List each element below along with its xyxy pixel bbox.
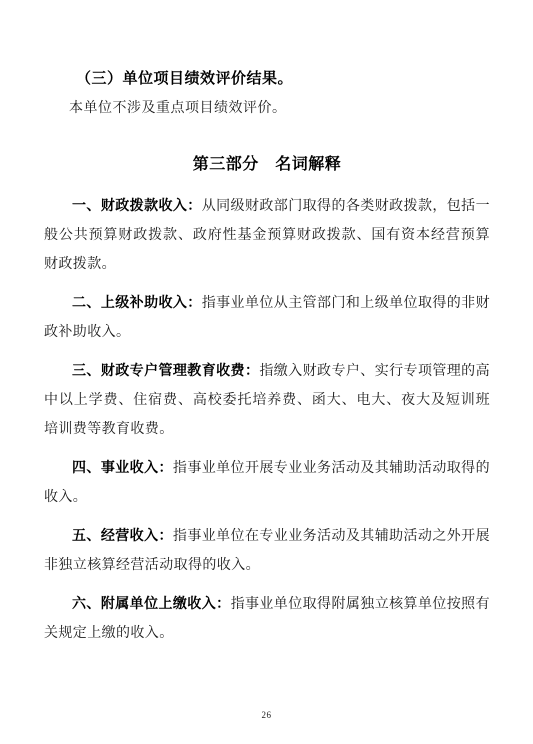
section-title: 第三部分 名词解释 [44,150,490,180]
term-lead-3: 三、财政专户管理教育收费： [72,364,259,379]
term-paragraph-5: 五、经营收入：指事业单位在专业业务活动及其辅助活动之外开展非独立核算经营活动取得… [44,522,490,580]
page-content: （三）单位项目绩效评价结果。 本单位不涉及重点项目绩效评价。 第三部分 名词解释… [44,0,490,658]
term-lead-1: 一、财政拨款收入： [72,199,202,214]
term-lead-5: 五、经营收入： [72,529,173,544]
document-page: （三）单位项目绩效评价结果。 本单位不涉及重点项目绩效评价。 第三部分 名词解释… [0,0,533,744]
term-paragraph-4: 四、事业收入：指事业单位开展专业业务活动及其辅助活动取得的收入。 [44,454,490,512]
term-lead-2: 二、上级补助收入： [72,296,202,311]
subsection-body-text: 本单位不涉及重点项目绩效评价。 [44,94,490,123]
term-paragraph-2: 二、上级补助收入：指事业单位从主管部门和上级单位取得的非财政补助收入。 [44,289,490,347]
term-paragraph-1: 一、财政拨款收入：从同级财政部门取得的各类财政拨款，包括一般公共预算财政拨款、政… [44,192,490,279]
term-lead-4: 四、事业收入： [72,461,173,476]
term-paragraph-6: 六、附属单位上缴收入：指事业单位取得附属独立核算单位按照有关规定上缴的收入。 [44,590,490,648]
subsection-heading: （三）单位项目绩效评价结果。 [44,65,490,94]
term-paragraph-3: 三、财政专户管理教育收费：指缴入财政专户、实行专项管理的高中以上学费、住宿费、高… [44,357,490,444]
term-lead-6: 六、附属单位上缴收入： [72,597,231,612]
page-number: 26 [0,710,533,720]
